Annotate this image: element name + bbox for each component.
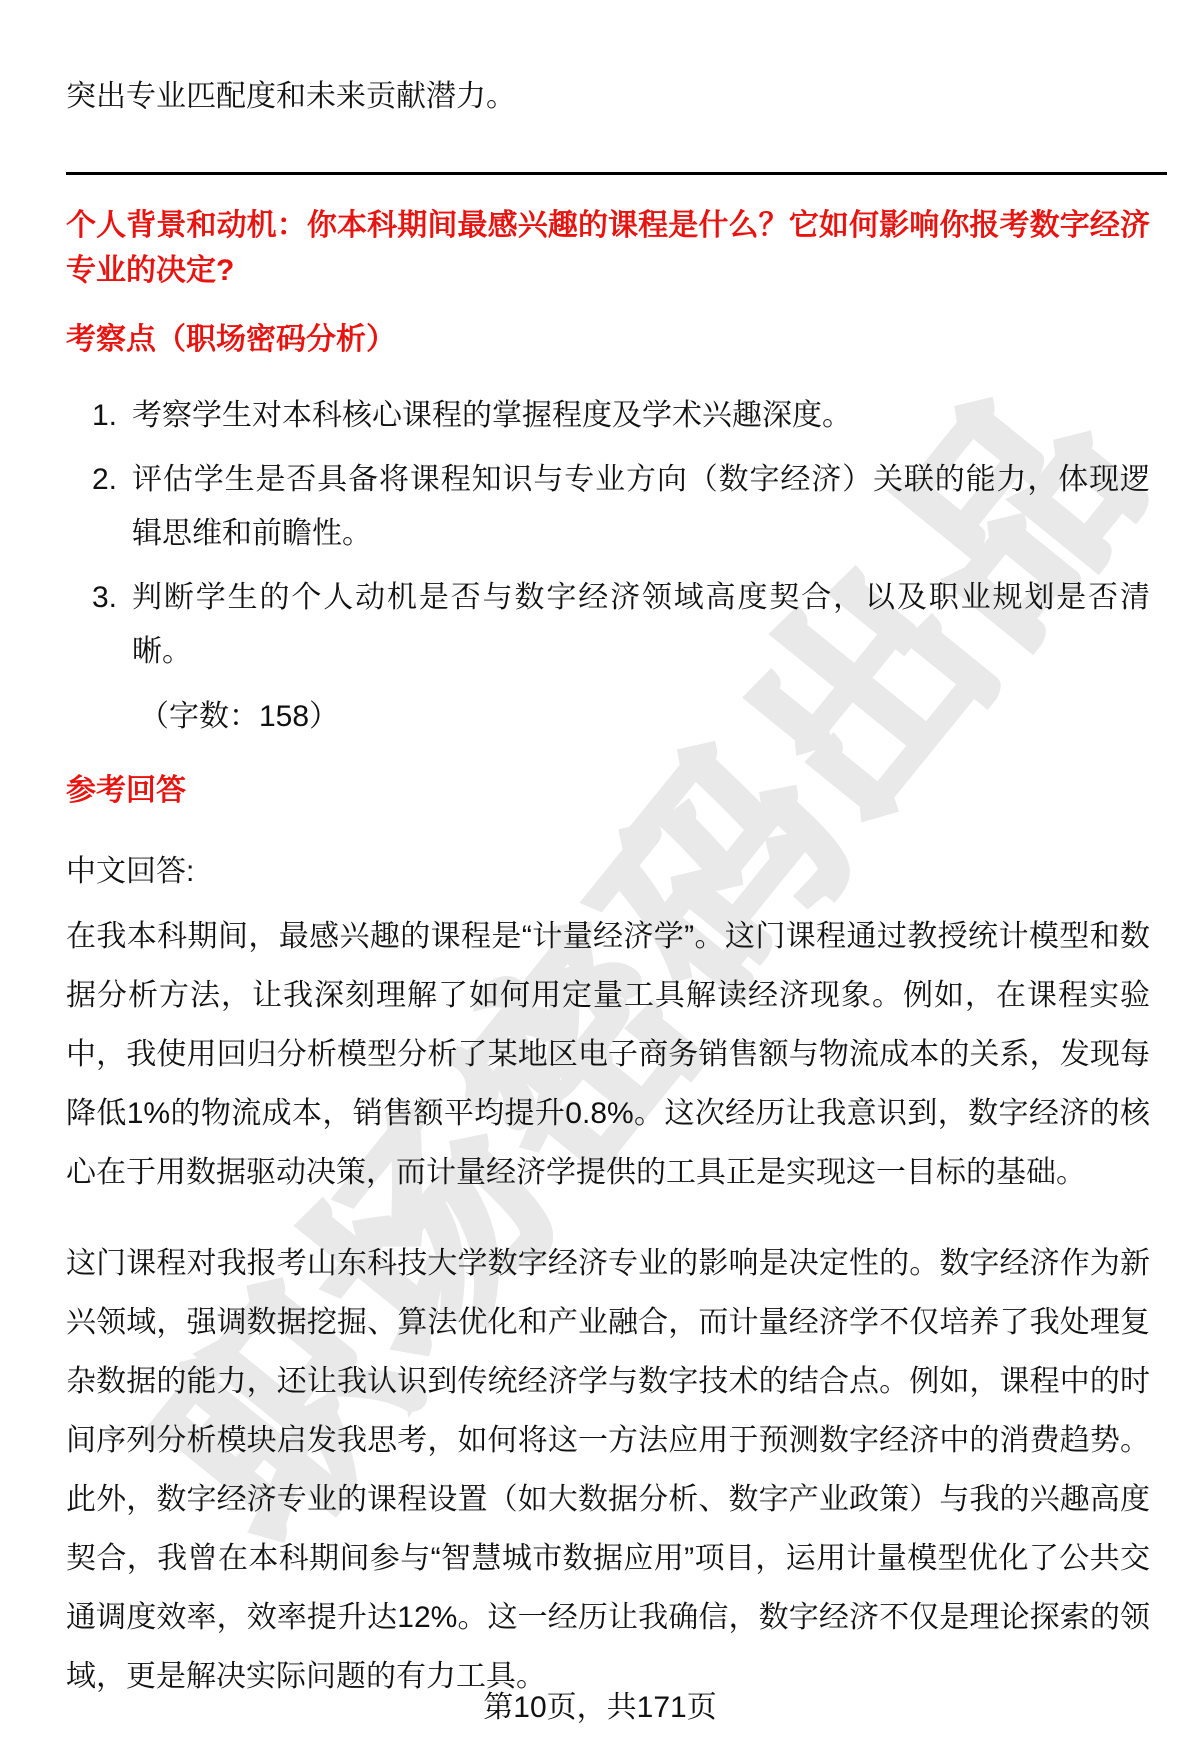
reference-answer-heading: 参考回答 [66, 768, 1150, 813]
point-text: 评估学生是否具备将课程知识与专业方向（数字经济）关联的能力，体现逻辑思维和前瞻性… [132, 453, 1150, 561]
exam-points-list: 1. 考察学生对本科核心课程的掌握程度及学术兴趣深度。 2. 评估学生是否具备将… [66, 389, 1150, 679]
point-number: 1. [92, 389, 132, 443]
answer-paragraph-1: 在我本科期间，最感兴趣的课程是“计量经济学”。这门课程通过教授统计模型和数据分析… [66, 907, 1150, 1202]
point-item: 3. 判断学生的个人动机是否与数字经济领域高度契合，以及职业规划是否清晰。 [66, 571, 1150, 679]
exam-points-heading: 考察点（职场密码分析） [66, 317, 1150, 362]
point-text: 判断学生的个人动机是否与数字经济领域高度契合，以及职业规划是否清晰。 [132, 571, 1150, 679]
question-title: 个人背景和动机：你本科期间最感兴趣的课程是什么？它如何影响你报考数字经济专业的决… [66, 203, 1150, 293]
page-content: 突出专业匹配度和未来贡献潜力。 个人背景和动机：你本科期间最感兴趣的课程是什么？… [0, 0, 1200, 1706]
intro-paragraph-tail: 突出专业匹配度和未来贡献潜力。 [66, 0, 1150, 118]
word-count-note: （字数：158） [139, 695, 1150, 739]
point-item: 1. 考察学生对本科核心课程的掌握程度及学术兴趣深度。 [66, 389, 1150, 443]
point-number: 2. [92, 453, 132, 561]
answer-paragraph-2: 这门课程对我报考山东科技大学数字经济专业的影响是决定性的。数字经济作为新兴领域，… [66, 1234, 1150, 1706]
point-item: 2. 评估学生是否具备将课程知识与专业方向（数字经济）关联的能力，体现逻辑思维和… [66, 453, 1150, 561]
document-page: 职场密码出品 突出专业匹配度和未来贡献潜力。 个人背景和动机：你本科期间最感兴趣… [0, 0, 1200, 1755]
point-number: 3. [92, 571, 132, 679]
page-footer: 第10页，共171页 [0, 1688, 1200, 1728]
answer-body: 中文回答: 在我本科期间，最感兴趣的课程是“计量经济学”。这门课程通过教授统计模… [66, 842, 1150, 1706]
point-text: 考察学生对本科核心课程的掌握程度及学术兴趣深度。 [132, 389, 1150, 443]
chinese-answer-label: 中文回答: [66, 842, 1150, 901]
section-divider [66, 172, 1167, 175]
